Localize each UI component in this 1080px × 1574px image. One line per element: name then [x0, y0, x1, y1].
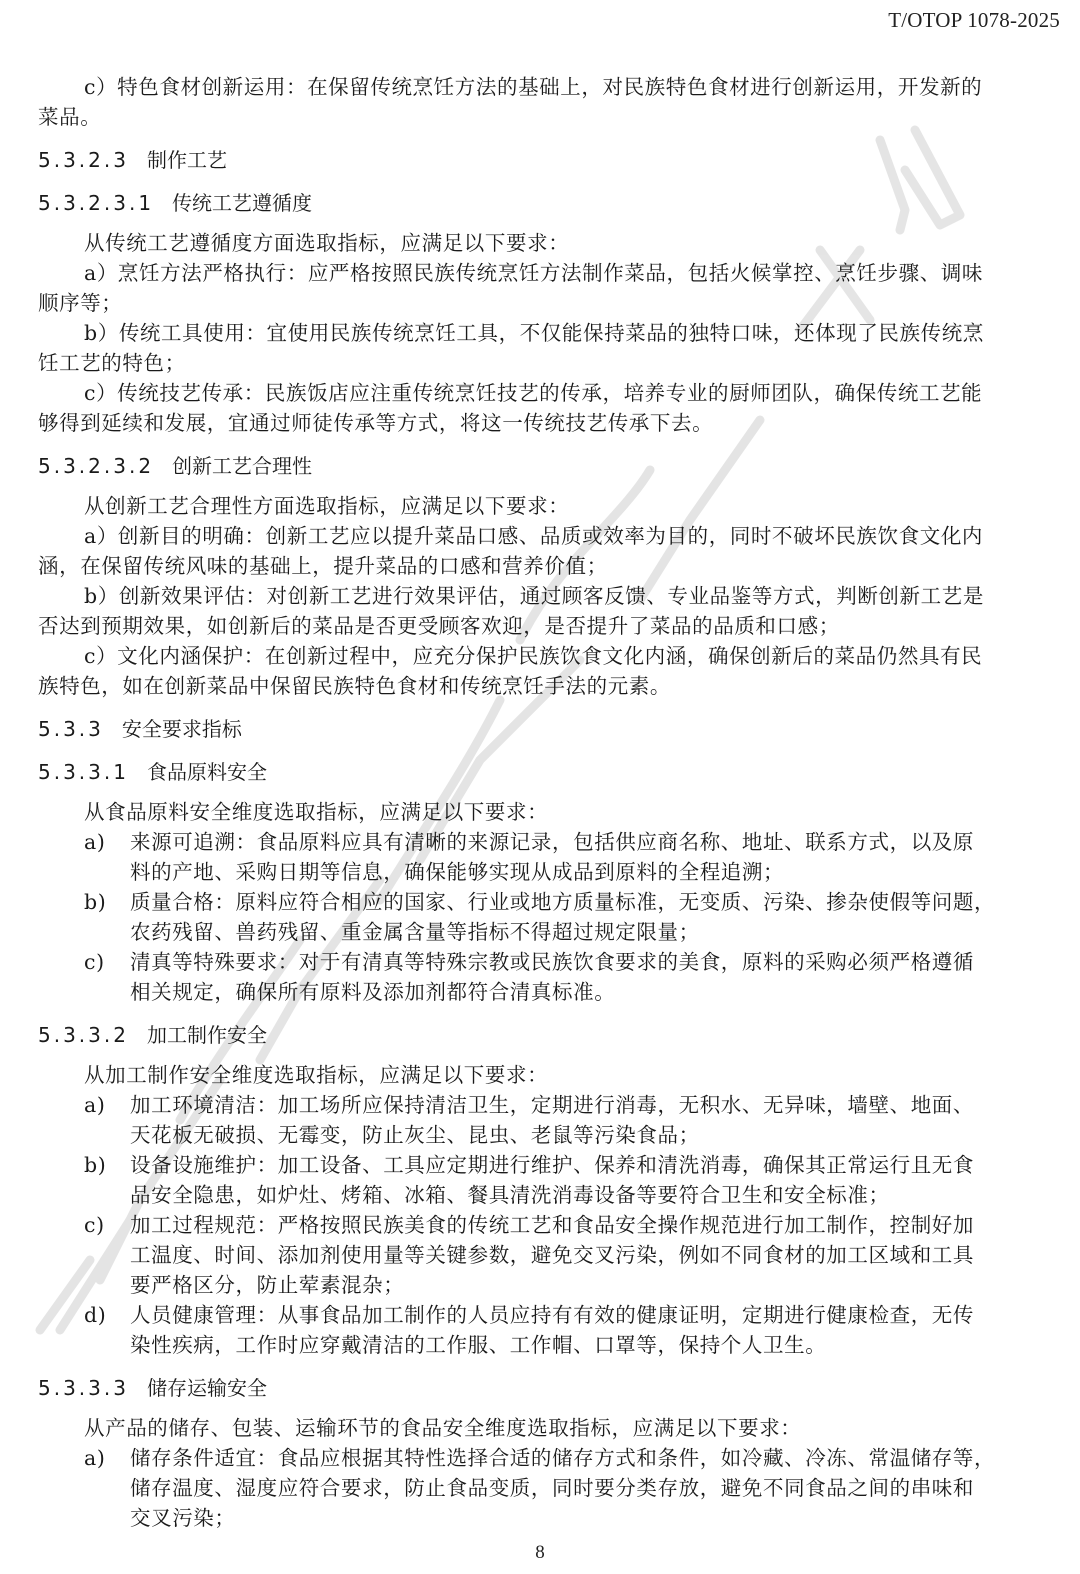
text-line: 储存温度、湿度应符合要求，防止食品变质，同时要分类存放，避免不同食品之间的串味和: [130, 1473, 1060, 1503]
intro-paragraph: 从传统工艺遵循度方面选取指标，应满足以下要求：: [38, 228, 1060, 258]
list-item: a）创新目的明确：创新工艺应以提升菜品口感、品质或效率为目的，同时不破坏民族饮食…: [38, 521, 1060, 581]
section-heading: 5.3.3安全要求指标: [38, 714, 1060, 744]
list-item: c)清真等特殊要求：对于有清真等特殊宗教或民族饮食要求的美食，原料的采购必须严格…: [38, 947, 1060, 1007]
section-title: 安全要求指标: [122, 717, 242, 741]
text-line: 来源可追溯：食品原料应具有清晰的来源记录，包括供应商名称、地址、联系方式，以及原: [130, 827, 1060, 857]
text-line: 农药残留、兽药残留、重金属含量等指标不得超过规定限量；: [130, 917, 1060, 947]
section-title: 加工制作安全: [147, 1023, 267, 1047]
section-title: 制作工艺: [147, 148, 227, 172]
text-line: 料的产地、采购日期等信息，确保能够实现从成品到原料的全程追溯；: [130, 857, 1060, 887]
section-number: 5.3.3.1: [38, 760, 129, 784]
text-line: b）传统工具使用：宜使用民族传统烹饪工具，不仅能保持菜品的独特口味，还体现了民族…: [38, 318, 1060, 348]
continued-list-item: c）特色食材创新运用：在保留传统烹饪方法的基础上，对民族特色食材进行创新运用，开…: [38, 72, 1060, 132]
document-page: T/OTOP 1078-2025 c）特色食材创新运用：在保留传统烹饪方法的基础…: [0, 0, 1080, 1574]
intro-paragraph: 从加工制作安全维度选取指标，应满足以下要求：: [38, 1060, 1060, 1090]
text-line: 顺序等；: [38, 288, 1060, 318]
list-item: b）创新效果评估：对创新工艺进行效果评估，通过顾客反馈、专业品鉴等方式，判断创新…: [38, 581, 1060, 641]
page-number: 8: [0, 1542, 1080, 1564]
section-number: 5.3.2.3.1: [38, 191, 154, 215]
list-item: a)来源可追溯：食品原料应具有清晰的来源记录，包括供应商名称、地址、联系方式，以…: [38, 827, 1060, 887]
section-number: 5.3.3.2: [38, 1023, 129, 1047]
section-number: 5.3.2.3.2: [38, 454, 154, 478]
list-item: c）文化内涵保护：在创新过程中，应充分保护民族饮食文化内涵，确保创新后的菜品仍然…: [38, 641, 1060, 701]
section-number: 5.3.2.3: [38, 148, 129, 172]
text-line: 否达到预期效果，如创新后的菜品是否更受顾客欢迎，是否提升了菜品的品质和口感；: [38, 611, 1060, 641]
text-line: c）文化内涵保护：在创新过程中，应充分保护民族饮食文化内涵，确保创新后的菜品仍然…: [38, 641, 1060, 671]
section-title: 创新工艺合理性: [172, 454, 312, 478]
intro-paragraph: 从创新工艺合理性方面选取指标，应满足以下要求：: [38, 491, 1060, 521]
section-number: 5.3.3.3: [38, 1376, 129, 1400]
list-item: c)加工过程规范：严格按照民族美食的传统工艺和食品安全操作规范进行加工制作，控制…: [38, 1210, 1060, 1300]
section-heading: 5.3.3.2加工制作安全: [38, 1020, 1060, 1050]
text-line: 品安全隐患，如炉灶、烤箱、冰箱、餐具清洗消毒设备等要符合卫生和安全标准；: [130, 1180, 1060, 1210]
text-line: 工温度、时间、添加剂使用量等关键参数，避免交叉污染，例如不同食材的加工区域和工具: [130, 1240, 1060, 1270]
text-line: c）传统技艺传承：民族饭店应注重传统烹饪技艺的传承，培养专业的厨师团队，确保传统…: [38, 378, 1060, 408]
intro-paragraph: 从食品原料安全维度选取指标，应满足以下要求：: [38, 797, 1060, 827]
section-heading: 5.3.3.1食品原料安全: [38, 757, 1060, 787]
list-item: b）传统工具使用：宜使用民族传统烹饪工具，不仅能保持菜品的独特口味，还体现了民族…: [38, 318, 1060, 378]
document-body: c）特色食材创新运用：在保留传统烹饪方法的基础上，对民族特色食材进行创新运用，开…: [38, 72, 1060, 1533]
list-item: a）烹饪方法严格执行：应严格按照民族传统烹饪方法制作菜品，包括火候掌控、烹饪步骤…: [38, 258, 1060, 318]
text-line: 加工环境清洁：加工场所应保持清洁卫生，定期进行消毒，无积水、无异味，墙壁、地面、: [130, 1090, 1060, 1120]
text-line: 储存条件适宜：食品应根据其特性选择合适的储存方式和条件，如冷藏、冷冻、常温储存等…: [130, 1443, 1060, 1473]
text-line: 天花板无破损、无霉变，防止灰尘、昆虫、老鼠等污染食品；: [130, 1120, 1060, 1150]
text-line: a）烹饪方法严格执行：应严格按照民族传统烹饪方法制作菜品，包括火候掌控、烹饪步骤…: [38, 258, 1060, 288]
list-marker: a): [84, 1443, 130, 1533]
list-item: c）传统技艺传承：民族饭店应注重传统烹饪技艺的传承，培养专业的厨师团队，确保传统…: [38, 378, 1060, 438]
text-line: c）特色食材创新运用：在保留传统烹饪方法的基础上，对民族特色食材进行创新运用，开…: [38, 72, 1060, 102]
section-title: 食品原料安全: [147, 760, 267, 784]
list-item: d)人员健康管理：从事食品加工制作的人员应持有有效的健康证明，定期进行健康检查，…: [38, 1300, 1060, 1360]
text-line: a）创新目的明确：创新工艺应以提升菜品口感、品质或效率为目的，同时不破坏民族饮食…: [38, 521, 1060, 551]
text-line: 菜品。: [38, 102, 1060, 132]
list-marker: d): [84, 1300, 130, 1360]
text-line: 质量合格：原料应符合相应的国家、行业或地方质量标准，无变质、污染、掺杂使假等问题…: [130, 887, 1060, 917]
list-marker: c): [84, 947, 130, 1007]
text-line: 清真等特殊要求：对于有清真等特殊宗教或民族饮食要求的美食，原料的采购必须严格遵循: [130, 947, 1060, 977]
text-line: 设备设施维护：加工设备、工具应定期进行维护、保养和清洗消毒，确保其正常运行且无食: [130, 1150, 1060, 1180]
section-title: 传统工艺遵循度: [172, 191, 312, 215]
text-line: 人员健康管理：从事食品加工制作的人员应持有有效的健康证明，定期进行健康检查，无传: [130, 1300, 1060, 1330]
text-line: 要严格区分，防止荤素混杂；: [130, 1270, 1060, 1300]
list-item: b)质量合格：原料应符合相应的国家、行业或地方质量标准，无变质、污染、掺杂使假等…: [38, 887, 1060, 947]
text-line: 相关规定，确保所有原料及添加剂都符合清真标准。: [130, 977, 1060, 1007]
text-line: 族特色，如在创新菜品中保留民族特色食材和传统烹饪手法的元素。: [38, 671, 1060, 701]
section-number: 5.3.3: [38, 717, 104, 741]
section-heading: 5.3.2.3.2创新工艺合理性: [38, 451, 1060, 481]
list-item: a)储存条件适宜：食品应根据其特性选择合适的储存方式和条件，如冷藏、冷冻、常温储…: [38, 1443, 1060, 1533]
section-heading: 5.3.3.3储存运输安全: [38, 1373, 1060, 1403]
text-line: b）创新效果评估：对创新工艺进行效果评估，通过顾客反馈、专业品鉴等方式，判断创新…: [38, 581, 1060, 611]
list-item: a)加工环境清洁：加工场所应保持清洁卫生，定期进行消毒，无积水、无异味，墙壁、地…: [38, 1090, 1060, 1150]
text-line: 交叉污染；: [130, 1503, 1060, 1533]
list-marker: b): [84, 1150, 130, 1210]
list-item: b)设备设施维护：加工设备、工具应定期进行维护、保养和清洗消毒，确保其正常运行且…: [38, 1150, 1060, 1210]
list-marker: c): [84, 1210, 130, 1300]
document-code: T/OTOP 1078-2025: [888, 8, 1060, 33]
intro-paragraph: 从产品的储存、包装、运输环节的食品安全维度选取指标，应满足以下要求：: [38, 1413, 1060, 1443]
text-line: 染性疾病，工作时应穿戴清洁的工作服、工作帽、口罩等，保持个人卫生。: [130, 1330, 1060, 1360]
text-line: 饪工艺的特色；: [38, 348, 1060, 378]
list-marker: a): [84, 827, 130, 887]
section-heading: 5.3.2.3.1传统工艺遵循度: [38, 188, 1060, 218]
text-line: 够得到延续和发展，宜通过师徒传承等方式，将这一传统技艺传承下去。: [38, 408, 1060, 438]
section-heading: 5.3.2.3制作工艺: [38, 145, 1060, 175]
text-line: 加工过程规范：严格按照民族美食的传统工艺和食品安全操作规范进行加工制作，控制好加: [130, 1210, 1060, 1240]
section-title: 储存运输安全: [147, 1376, 267, 1400]
text-line: 涵，在保留传统风味的基础上，提升菜品的口感和营养价值；: [38, 551, 1060, 581]
list-marker: a): [84, 1090, 130, 1150]
list-marker: b): [84, 887, 130, 947]
